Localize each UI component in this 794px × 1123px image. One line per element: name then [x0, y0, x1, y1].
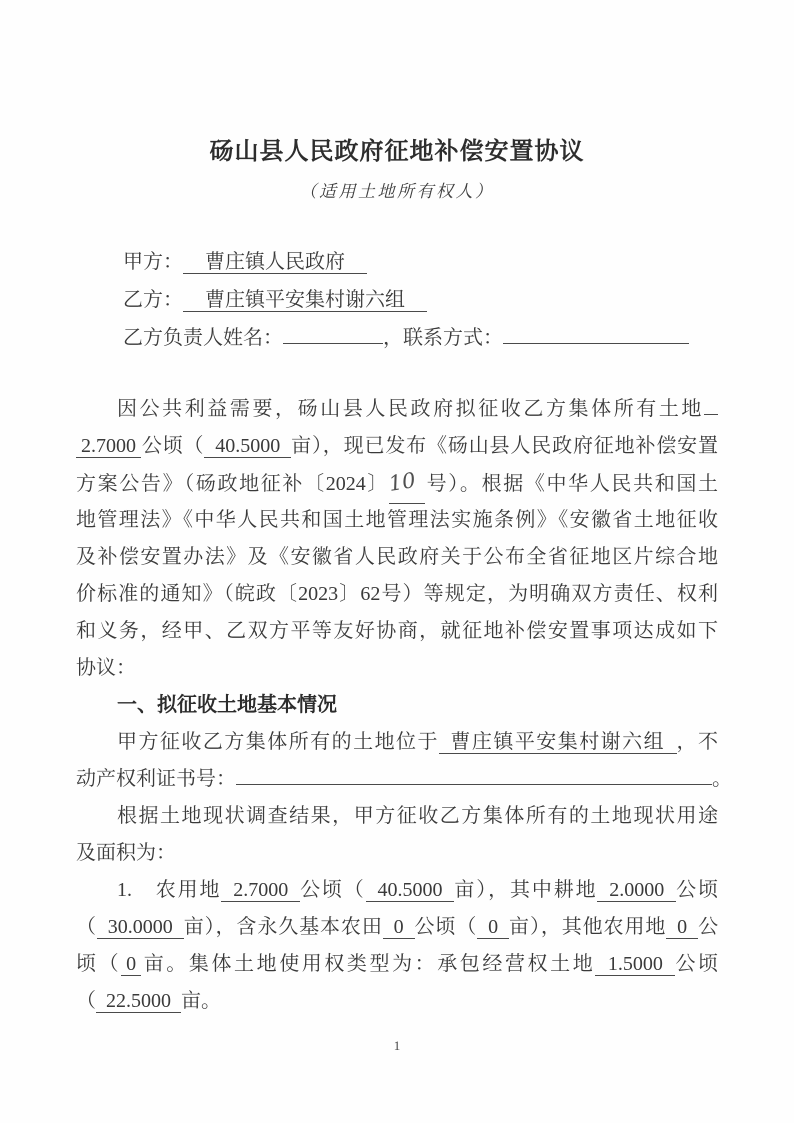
handwritten-number: 10: [386, 462, 418, 503]
body-text: 甲方征收乙方集体所有的土地位于: [117, 731, 439, 753]
body-text: （: [76, 990, 96, 1012]
body-text: 顷（: [76, 953, 121, 975]
p1-line3: 方案公告》（砀政地征补〔2024〕10号）。根据《中华人民共和国土: [76, 465, 718, 502]
body-text: 亩。集体土地使用权类型为：承包经营权土地: [141, 953, 595, 975]
party-b-value: 曹庄镇平安集村谢六组: [183, 289, 427, 312]
p4-line3: 顷（0亩。集体土地使用权类型为：承包经营权土地 1.5000 公顷: [76, 946, 718, 983]
party-b-line: 乙方：曹庄镇平安集村谢六组: [123, 281, 689, 319]
body-text: 方案公告》（砀政地征补〔2024〕: [76, 473, 389, 495]
filled-value-underlined: 22.5000: [96, 990, 181, 1013]
representative-line: 乙方负责人姓名：，联系方式：: [123, 319, 689, 357]
parties-block: 甲方：曹庄镇人民政府 乙方：曹庄镇平安集村谢六组 乙方负责人姓名：，联系方式：: [123, 243, 689, 357]
document-page: 砀山县人民政府征地补偿安置协议 （适用土地所有权人） 甲方：曹庄镇人民政府 乙方…: [0, 0, 794, 1123]
handwritten-number-underline: 10: [389, 465, 425, 504]
p1-line8: 协议：: [76, 650, 718, 687]
body-text: 亩），现已发布《砀山县人民政府征地补偿安置: [291, 435, 718, 457]
filled-value-underlined: 30.0000: [97, 916, 184, 939]
document-body: 因公共利益需要，砀山县人民政府拟征收乙方集体所有土地2.7000公顷（ 40.5…: [76, 391, 718, 1020]
filled-value-underlined: 1.5000: [595, 953, 675, 976]
blank-underline: [236, 763, 712, 785]
body-text: 亩。: [181, 990, 221, 1012]
p1-line7: 和义务，经甲、乙双方平等友好协商，就征地补偿安置事项达成如下: [76, 613, 718, 650]
party-a-label: 甲方：: [123, 251, 183, 273]
p1-line5: 及补偿安置办法》及《安徽省人民政府关于公布全省征地区片综合地: [76, 539, 718, 576]
party-b-label: 乙方：: [123, 289, 183, 311]
body-text: 公顷: [675, 953, 718, 975]
p2-line1: 甲方征收乙方集体所有的土地位于 曹庄镇平安集村谢六组 ，不: [76, 724, 718, 761]
p1-line6: 价标准的通知》（皖政〔2023〕62号）等规定，为明确双方责任、权利: [76, 576, 718, 613]
body-text: 根据土地现状调查结果，甲方征收乙方集体所有的土地现状用途: [117, 805, 718, 827]
section1-heading: 一、拟征收土地基本情况: [76, 687, 718, 724]
p1-line1: 因公共利益需要，砀山县人民政府拟征收乙方集体所有土地: [76, 391, 718, 428]
filled-value-underlined: 0: [383, 916, 415, 939]
filled-value-underlined: 2.7000: [76, 435, 141, 458]
body-text: 地管理法》《中华人民共和国土地管理法实施条例》《安徽省土地征收: [76, 509, 718, 531]
body-text: 号）。根据《中华人民共和国土: [425, 473, 718, 495]
p3-line1: 根据土地现状调查结果，甲方征收乙方集体所有的土地现状用途: [76, 798, 718, 835]
rep-name-label: 乙方负责人姓名：: [123, 327, 283, 349]
party-a-line: 甲方：曹庄镇人民政府: [123, 243, 689, 281]
filled-value-underlined: 0: [666, 916, 698, 939]
rep-name-blank-underline: [283, 322, 383, 344]
document-title: 砀山县人民政府征地补偿安置协议: [0, 131, 794, 166]
body-text: 及补偿安置办法》及《安徽省人民政府关于公布全省征地区片综合地: [76, 546, 718, 568]
body-text: 。: [712, 768, 732, 790]
body-text: 亩），含永久基本农田: [184, 916, 383, 938]
body-text: 和义务，经甲、乙双方平等友好协商，就征地补偿安置事项达成如下: [76, 620, 718, 642]
body-text: 亩），其他农用地: [509, 916, 666, 938]
body-text: 一、拟征收土地基本情况: [117, 694, 337, 716]
body-text: 公顷（: [300, 879, 366, 901]
filled-value-underlined: 40.5000: [366, 879, 455, 902]
body-text: 价标准的通知》（皖政〔2023〕62号）等规定，为明确双方责任、权利: [76, 583, 718, 605]
body-text: 公顷（: [415, 916, 478, 938]
document-subtitle: （适用土地所有权人）: [0, 177, 794, 202]
blank-underline: [704, 393, 718, 415]
body-text: ，不: [677, 731, 718, 753]
phone-blank-underline: [503, 322, 689, 344]
p4-line2: （ 30.0000 亩），含永久基本农田 0 公顷（ 0 亩），其他农用地 0 …: [76, 909, 718, 946]
filled-value-underlined: 40.5000: [204, 435, 291, 458]
p2-line2: 动产权利证书号：。: [76, 761, 718, 798]
filled-value-underlined: 0: [477, 916, 509, 939]
body-text: 公顷: [676, 879, 718, 901]
filled-value-underlined: 2.7000: [221, 879, 300, 902]
body-text: 亩），其中耕地: [454, 879, 597, 901]
p4-line4: （ 22.5000 亩。: [76, 983, 718, 1020]
party-a-value: 曹庄镇人民政府: [183, 251, 367, 274]
body-text: （: [76, 916, 97, 938]
body-text: 公顷（: [141, 435, 204, 457]
filled-value-underlined: 0: [121, 953, 141, 976]
p4-line1: 1. 农用地 2.7000 公顷（ 40.5000 亩），其中耕地 2.0000…: [76, 872, 718, 909]
p1-line4: 地管理法》《中华人民共和国土地管理法实施条例》《安徽省土地征收: [76, 502, 718, 539]
filled-value-underlined: 曹庄镇平安集村谢六组: [439, 731, 677, 754]
phone-label: ，联系方式：: [383, 327, 503, 349]
p3-line2: 及面积为：: [76, 835, 718, 872]
body-text: 及面积为：: [76, 842, 176, 864]
p1-line2: 2.7000公顷（ 40.5000 亩），现已发布《砀山县人民政府征地补偿安置: [76, 428, 718, 465]
body-text: 因公共利益需要，砀山县人民政府拟征收乙方集体所有土地: [117, 398, 704, 420]
body-text: 动产权利证书号：: [76, 768, 236, 790]
body-text: 协议：: [76, 657, 136, 679]
filled-value-underlined: 2.0000: [597, 879, 676, 902]
body-text: 公: [698, 916, 718, 938]
body-text: 1. 农用地: [117, 879, 221, 901]
page-number: 1: [0, 1038, 794, 1054]
